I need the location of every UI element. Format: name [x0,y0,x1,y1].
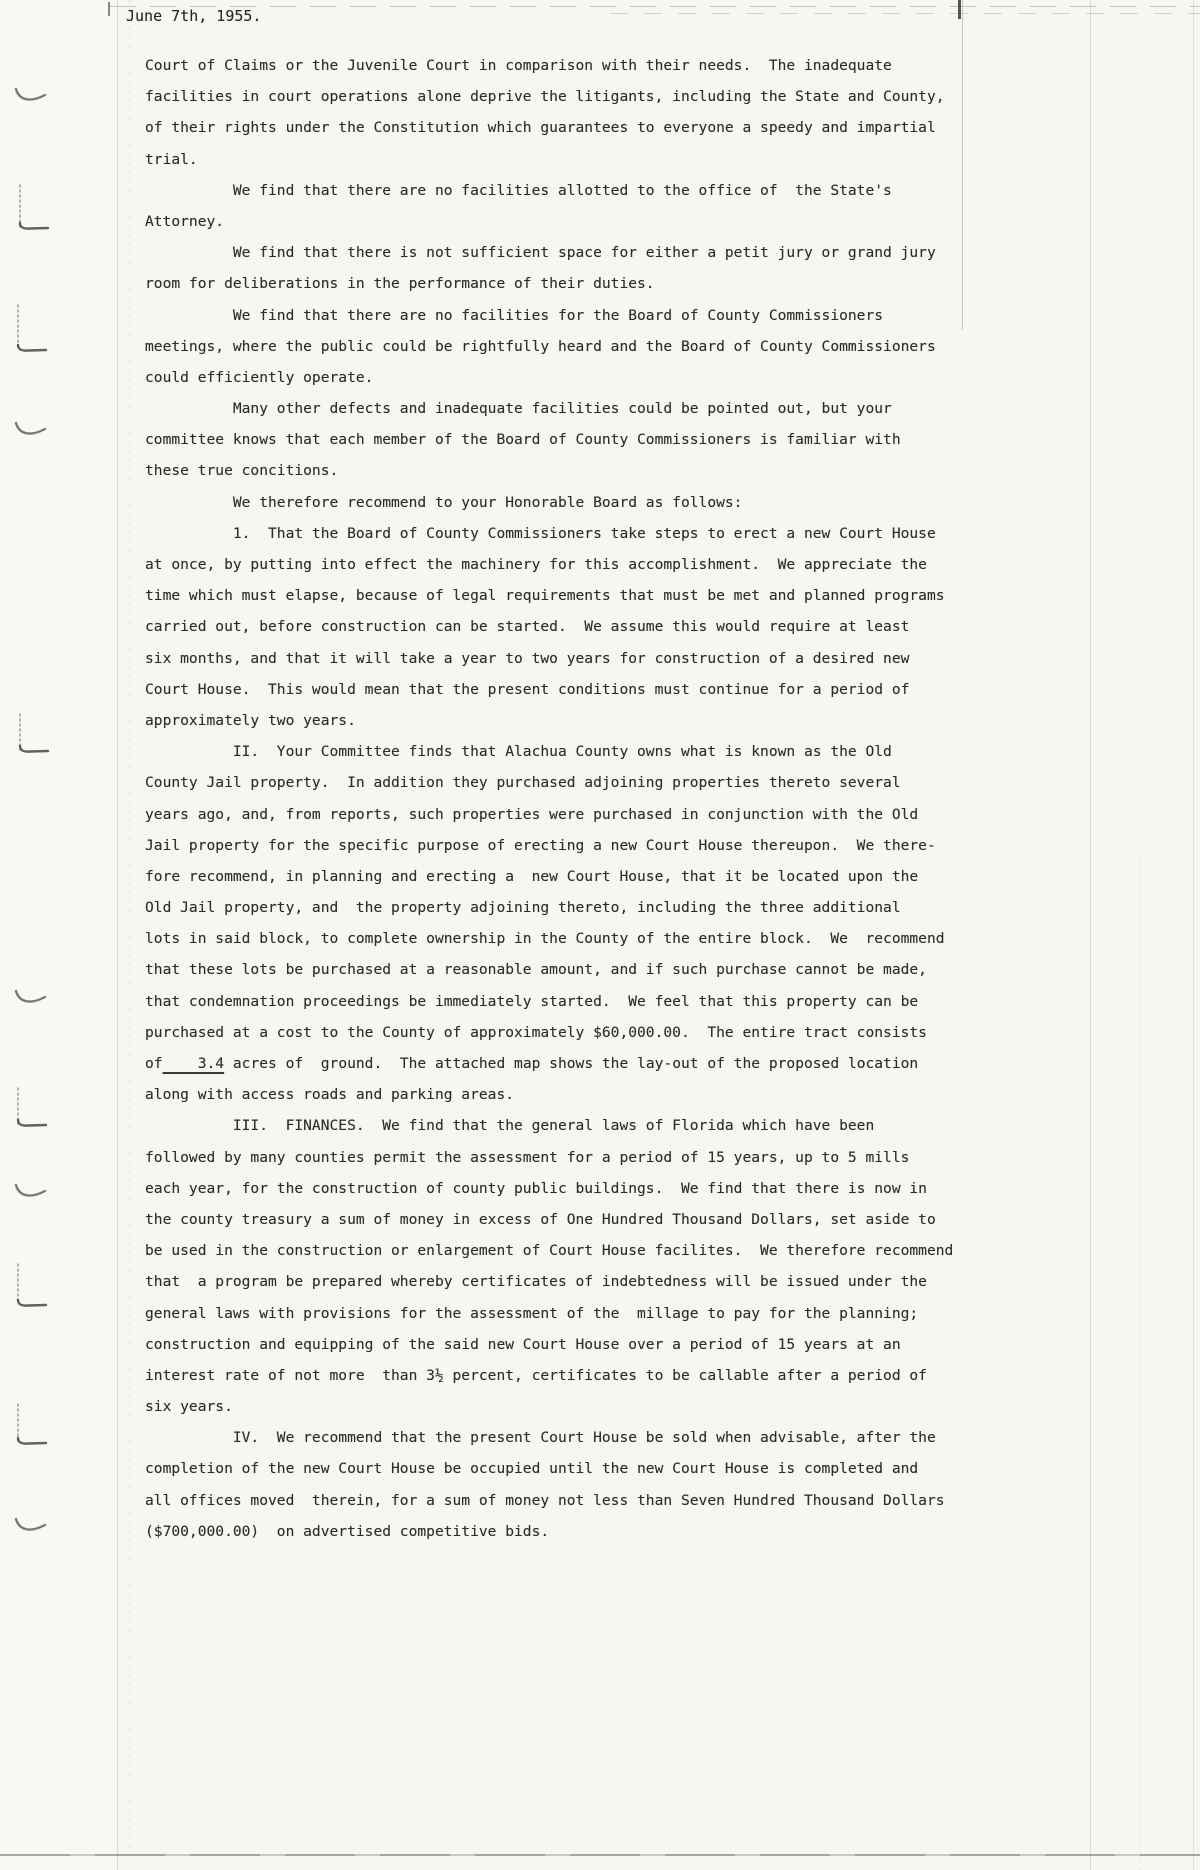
text-line: be used in the construction or enlargeme… [145,1235,953,1266]
text-line: of their rights under the Constitution w… [145,112,953,143]
text-line: Old Jail property, and the property adjo… [145,892,953,923]
text-line: room for deliberations in the performanc… [145,268,953,299]
page-edge-line-left [117,0,118,1870]
text-line: fore recommend, in planning and erecting… [145,861,953,892]
scan-artifact-line-top-2 [610,13,1200,14]
text-line: carried out, before construction can be … [145,611,953,642]
text-line: that these lots be purchased at a reason… [145,954,953,985]
scan-fold-line-right [1090,0,1091,1870]
text-line: County Jail property. In addition they p… [145,767,953,798]
text-line: ($700,000.00) on advertised competitive … [145,1516,953,1547]
scan-fold-line-right-top [962,0,963,330]
text-line: committee knows that each member of the … [145,424,953,455]
text-line: lots in said block, to complete ownershi… [145,923,953,954]
text-line: IV. We recommend that the present Court … [145,1422,953,1453]
page-edge-line-left-dotted [129,0,130,1870]
page-left-margin-strip [0,0,116,1870]
text-line: meetings, where the public could be righ… [145,331,953,362]
text-line: We therefore recommend to your Honorable… [145,487,953,518]
text-line: each year, for the construction of count… [145,1173,953,1204]
underlined-value: 3.4 [163,1055,225,1072]
text-line: completion of the new Court House be occ… [145,1453,953,1484]
text-line: six years. [145,1391,953,1422]
page-bottom-edge-line [0,1854,1200,1856]
text-line: approximately two years. [145,705,953,736]
text-line: years ago, and, from reports, such prope… [145,799,953,830]
text-line: purchased at a cost to the County of app… [145,1017,953,1048]
text-line: at once, by putting into effect the mach… [145,549,953,580]
text-line: these true concitions. [145,455,953,486]
text-line: We find that there is not sufficient spa… [145,237,953,268]
text-line: 1. That the Board of County Commissioner… [145,518,953,549]
page-edge-line-far-right [1193,0,1194,1870]
text-line: Court House. This would mean that the pr… [145,674,953,705]
text-line: Many other defects and inadequate facili… [145,393,953,424]
text-line: six months, and that it will take a year… [145,643,953,674]
text-line: Jail property for the specific purpose o… [145,830,953,861]
scan-artifact-line-top [110,6,1200,7]
text-line: Attorney. [145,206,953,237]
text-line: We find that there are no facilities all… [145,175,953,206]
text-line: Court of Claims or the Juvenile Court in… [145,50,953,81]
scan-fold-line-right-dotted [1140,860,1141,1870]
text-line: that condemnation proceedings be immedia… [145,986,953,1017]
text-line: along with access roads and parking area… [145,1079,953,1110]
text-line: could efficiently operate. [145,362,953,393]
scan-tick-top-left [108,2,110,16]
document-page: June 7th, 1955. Court of Claims or the J… [0,0,1200,1870]
text-line: followed by many counties permit the ass… [145,1142,953,1173]
text-line: of 3.4 acres of ground. The attached map… [145,1048,953,1079]
text-line: all offices moved therein, for a sum of … [145,1485,953,1516]
text-line: II. Your Committee finds that Alachua Co… [145,736,953,767]
text-line: that a program be prepared whereby certi… [145,1266,953,1297]
text-line: We find that there are no facilities for… [145,300,953,331]
text-line: interest rate of not more than 3½ percen… [145,1360,953,1391]
text-line: construction and equipping of the said n… [145,1329,953,1360]
text-line: III. FINANCES. We find that the general … [145,1110,953,1141]
text-line: the county treasury a sum of money in ex… [145,1204,953,1235]
scan-tick-top-right [958,0,961,19]
document-body: Court of Claims or the Juvenile Court in… [145,50,953,1547]
text-line: facilities in court operations alone dep… [145,81,953,112]
text-line: time which must elapse, because of legal… [145,580,953,611]
text-line: trial. [145,144,953,175]
text-line: general laws with provisions for the ass… [145,1298,953,1329]
date-line: June 7th, 1955. [126,6,261,26]
